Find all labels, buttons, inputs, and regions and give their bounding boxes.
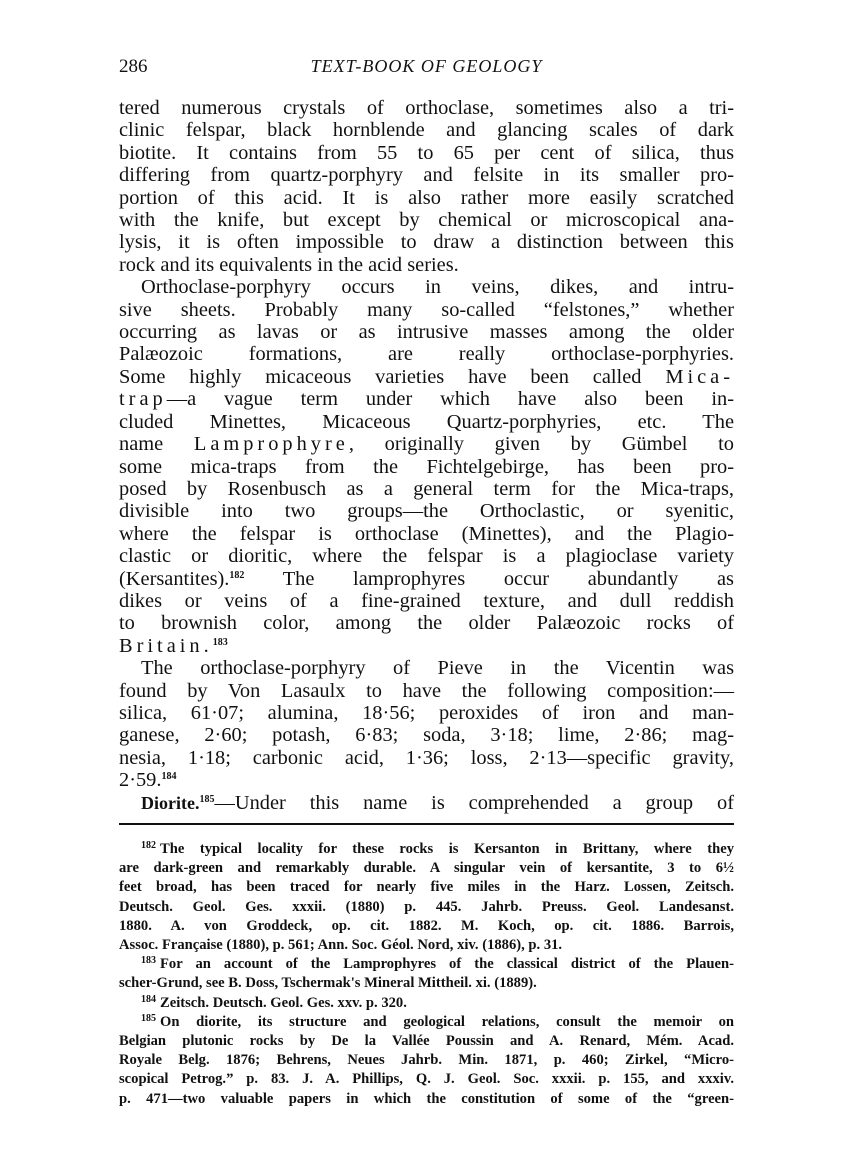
spaced-term: Mica- [665,366,734,388]
paragraph-2: Orthoclase-porphyry occurs in veins, dik… [119,276,734,657]
text-segment: —a vague term under which have also been… [167,388,734,410]
footnote-number: 183 [141,955,156,966]
footnote-number: 182 [141,840,156,851]
footnote-line: Assoc. Française (1880), p. 561; Ann. So… [119,936,734,955]
footnote-line: scher-Grund, see B. Doss, Tschermak's Mi… [119,974,734,993]
text-line: sive sheets. Probably many so-called “fe… [119,299,734,321]
footnote-line: scopical Petrog.” p. 83. J. A. Phillips,… [119,1070,734,1089]
text-segment: Zeitsch. Deutsch. Geol. Ges. xxv. p. 320… [160,995,407,1011]
text-line: rock and its equivalents in the acid ser… [119,254,734,276]
running-title: TEXT-BOOK OF GEOLOGY [119,56,734,77]
text-line: some mica-traps from the Fichtelgebirge,… [119,456,734,478]
text-line: ganese, 2·60; potash, 6·83; soda, 3·18; … [119,724,734,746]
text-line: trap—a vague term under which have also … [119,388,734,410]
footnote-ref[interactable]: 183 [213,637,228,648]
text-line: divisible into two groups—the Orthoclast… [119,500,734,522]
text-segment: For an account of the Lamprophyres of th… [160,956,734,972]
text-line: (Kersantites).182 The lamprophyres occur… [119,568,734,590]
footnote-184: 184Zeitsch. Deutsch. Geol. Ges. xxv. p. … [119,994,734,1013]
text-line: nesia, 1·18; carbonic acid, 1·36; loss, … [119,747,734,769]
footnote-number: 184 [141,994,156,1005]
page-header: 286 TEXT-BOOK OF GEOLOGY [119,56,734,80]
footnote-line: Deutsch. Geol. Ges. xxxii. (1880) p. 445… [119,898,734,917]
text-line: silica, 61·07; alumina, 18·56; peroxides… [119,702,734,724]
footnote-ref[interactable]: 182 [229,570,244,581]
text-line: Some highly micaceous varieties have bee… [119,366,734,388]
text-line: with the knife, but except by chemical o… [119,209,734,231]
text-line: Palæozoic formations, are really orthocl… [119,343,734,365]
footnote-line: 183For an account of the Lamprophyres of… [119,955,734,974]
footnote-divider [119,823,734,825]
text-segment: On diorite, its structure and geological… [160,1014,734,1030]
text-segment: (Kersantites). [119,568,229,590]
text-line: occurring as lavas or as intrusive masse… [119,321,734,343]
text-segment: The typical locality for these rocks is … [160,841,734,857]
text-line: biotite. It contains from 55 to 65 per c… [119,142,734,164]
text-line: clinic felspar, black hornblende and gla… [119,119,734,141]
footnote-ref[interactable]: 184 [161,771,176,782]
text-line: tered numerous crystals of orthoclase, s… [119,97,734,119]
text-line: posed by Rosenbusch as a general term fo… [119,478,734,500]
footnote-line: 182The typical locality for these rocks … [119,840,734,859]
footnotes: 182The typical locality for these rocks … [119,840,734,1109]
footnote-ref[interactable]: 185 [199,794,214,805]
text-segment: The lamprophyres occur abundantly as [244,568,734,590]
paragraph-1: tered numerous crystals of orthoclase, s… [119,97,734,276]
section-run-in-heading: Diorite. [141,793,199,813]
text-segment: Britain. [119,635,213,657]
text-line: Orthoclase-porphyry occurs in veins, dik… [119,276,734,298]
text-segment: Some highly micaceous varieties have bee… [119,366,665,388]
text-segment: —Under this name is comprehended a group… [214,792,734,814]
text-line: 2·59.184 [119,769,734,791]
footnote-183: 183For an account of the Lamprophyres of… [119,955,734,993]
footnote-185: 185On diorite, its structure and geologi… [119,1013,734,1109]
footnote-number: 185 [141,1013,156,1024]
text-line: differing from quartz-porphyry and felsi… [119,164,734,186]
text-line: dikes or veins of a fine-grained texture… [119,590,734,612]
text-line: found by Von Lasaulx to have the followi… [119,680,734,702]
text-line: clastic or dioritic, where the felspar i… [119,545,734,567]
footnote-182: 182The typical locality for these rocks … [119,840,734,955]
spaced-term: Lamprophyre [194,433,349,455]
text-line: lysis, it is often impossible to draw a … [119,231,734,253]
spaced-term: trap [119,388,167,410]
text-line: The orthoclase-porphyry of Pieve in the … [119,657,734,679]
footnote-line: 184Zeitsch. Deutsch. Geol. Ges. xxv. p. … [119,994,734,1013]
text-line: Britain.183 [119,635,734,657]
paragraph-4: Diorite.185—Under this name is comprehen… [119,792,734,814]
text-line: to brownish color, among the older Palæo… [119,612,734,634]
text-line: Diorite.185—Under this name is comprehen… [119,792,734,814]
text-line: name Lamprophyre, originally given by Gü… [119,433,734,455]
footnote-line: feet broad, has been traced for nearly f… [119,878,734,897]
text-line: portion of this acid. It is also rather … [119,187,734,209]
footnote-line: Royale Belg. 1876; Behrens, Neues Jahrb.… [119,1051,734,1070]
footnote-line: p. 471—two valuable papers in which the … [119,1090,734,1109]
text-line: where the felspar is orthoclase (Minette… [119,523,734,545]
text-segment: 2·59. [119,769,161,791]
footnote-line: are dark-green and remarkably durable. A… [119,859,734,878]
text-segment: , originally given by Gümbel to [349,433,734,455]
footnote-line: 185On diorite, its structure and geologi… [119,1013,734,1032]
body-text: tered numerous crystals of orthoclase, s… [119,97,734,814]
footnote-line: 1880. A. von Groddeck, op. cit. 1882. M.… [119,917,734,936]
text-segment: name [119,433,194,455]
text-line: cluded Minettes, Micaceous Quartz-porphy… [119,411,734,433]
paragraph-3: The orthoclase-porphyry of Pieve in the … [119,657,734,791]
footnote-line: Belgian plutonic rocks by De la Vallée P… [119,1032,734,1051]
